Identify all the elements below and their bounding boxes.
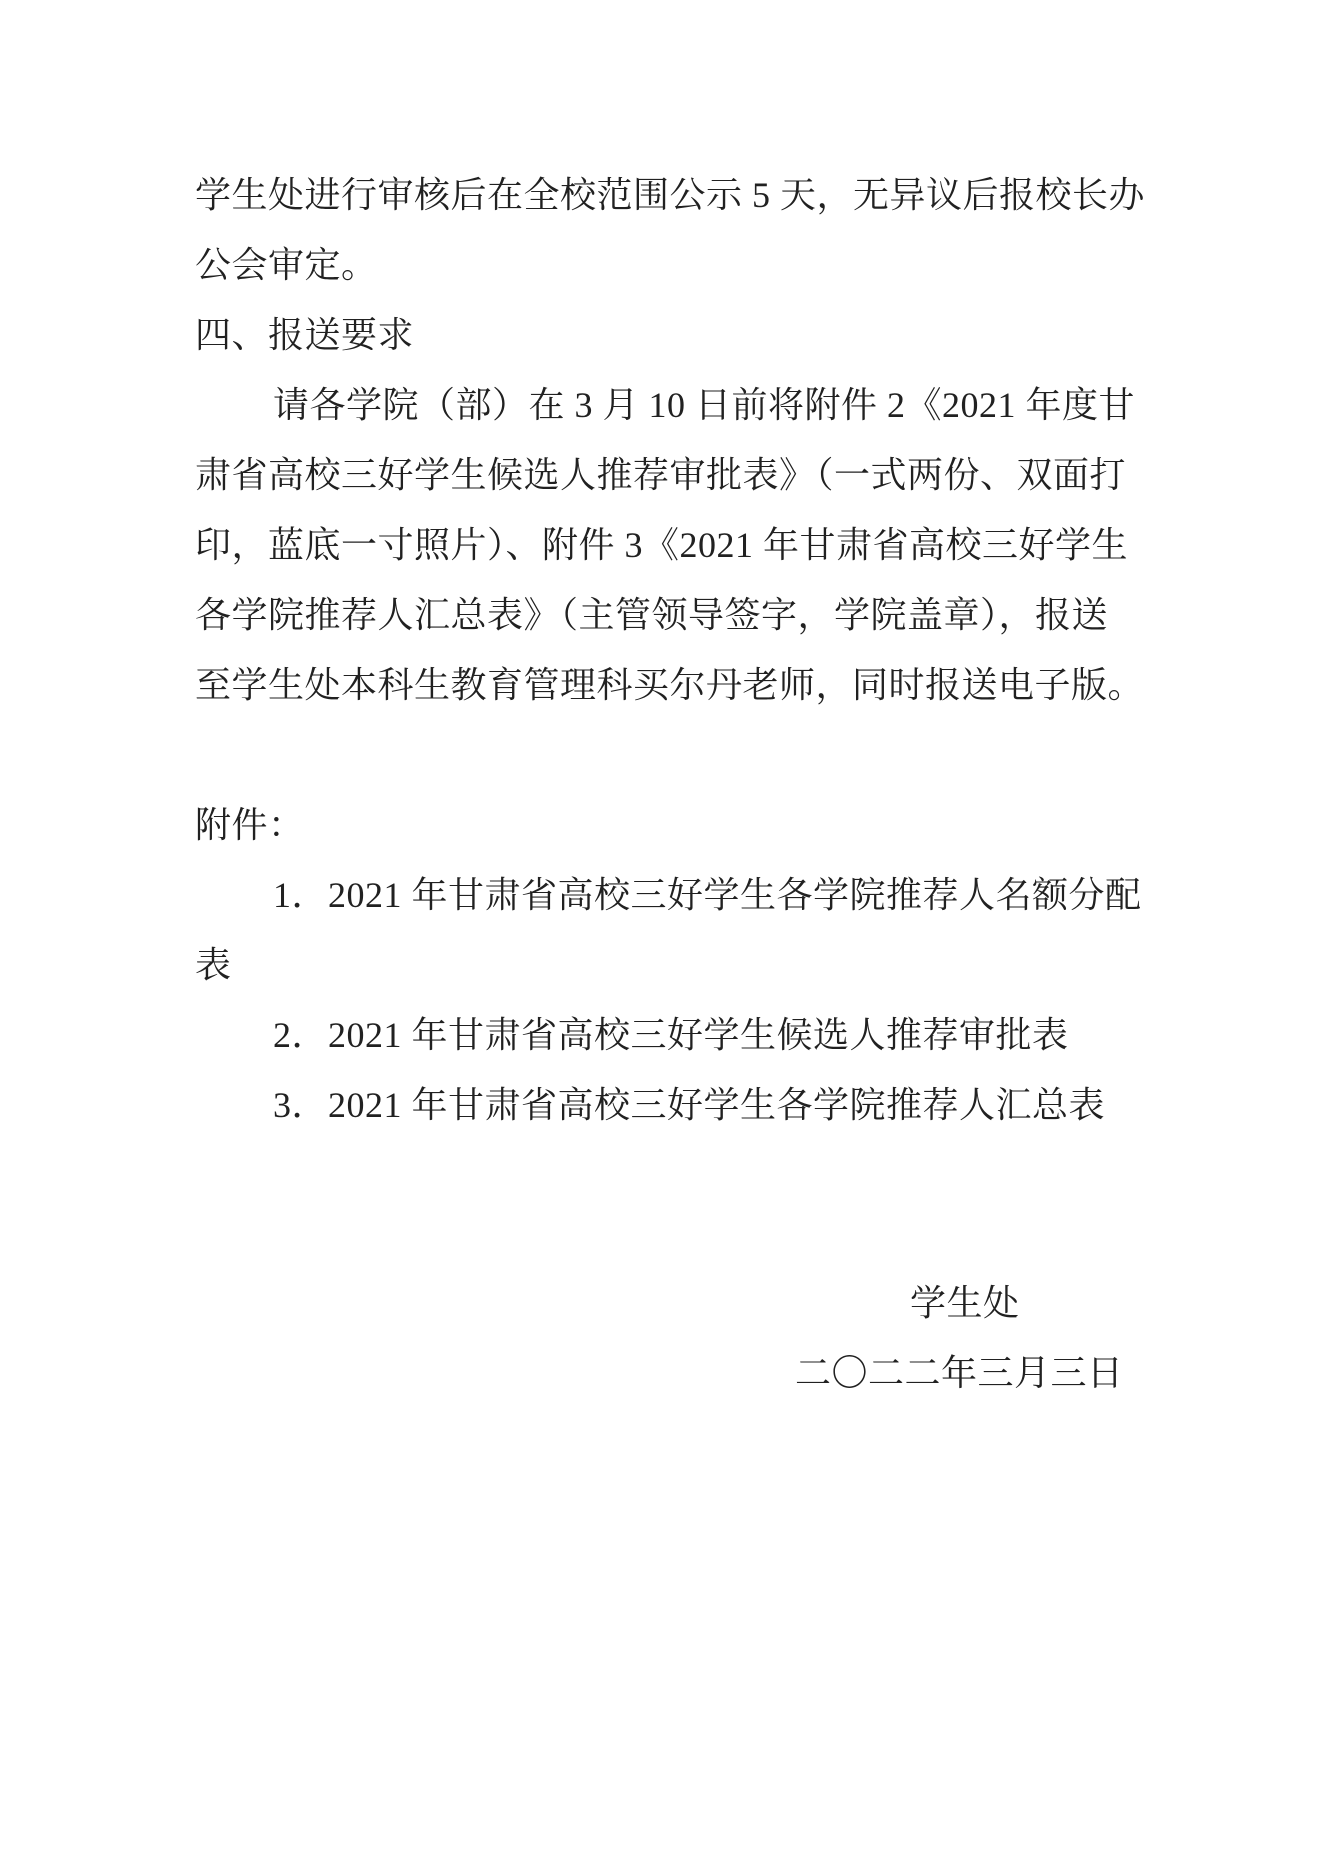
text-line: 附件： <box>195 790 1155 860</box>
document-page: 学生处进行审核后在全校范围公示 5 天，无异议后报校长办公会审定。四、报送要求请… <box>0 0 1323 1871</box>
text-line: 公会审定。 <box>195 230 1155 300</box>
text-line: 二〇二二年三月三日 <box>195 1338 1155 1408</box>
text-line: 3．2021 年甘肃省高校三好学生各学院推荐人汇总表 <box>195 1070 1155 1140</box>
text-line: 四、报送要求 <box>195 300 1155 370</box>
text-line: 表 <box>195 930 1155 1000</box>
text-line: 至学生处本科生教育管理科买尔丹老师，同时报送电子版。 <box>195 650 1155 720</box>
text-line: 2．2021 年甘肃省高校三好学生候选人推荐审批表 <box>195 1000 1155 1070</box>
text-line: 请各学院（部）在 3 月 10 日前将附件 2《2021 年度甘 <box>195 370 1155 440</box>
blank-line <box>195 1204 1155 1268</box>
document-body: 学生处进行审核后在全校范围公示 5 天，无异议后报校长办公会审定。四、报送要求请… <box>195 160 1155 1408</box>
text-line: 学生处 <box>195 1268 1155 1338</box>
text-line: 各学院推荐人汇总表》（主管领导签字，学院盖章），报送 <box>195 580 1155 650</box>
text-line: 学生处进行审核后在全校范围公示 5 天，无异议后报校长办 <box>195 160 1155 230</box>
blank-line <box>195 1140 1155 1204</box>
text-line: 印，蓝底一寸照片）、附件 3《2021 年甘肃省高校三好学生 <box>195 510 1155 580</box>
text-line: 肃省高校三好学生候选人推荐审批表》（一式两份、双面打 <box>195 440 1155 510</box>
blank-line <box>195 720 1155 790</box>
text-line: 1．2021 年甘肃省高校三好学生各学院推荐人名额分配 <box>195 860 1155 930</box>
